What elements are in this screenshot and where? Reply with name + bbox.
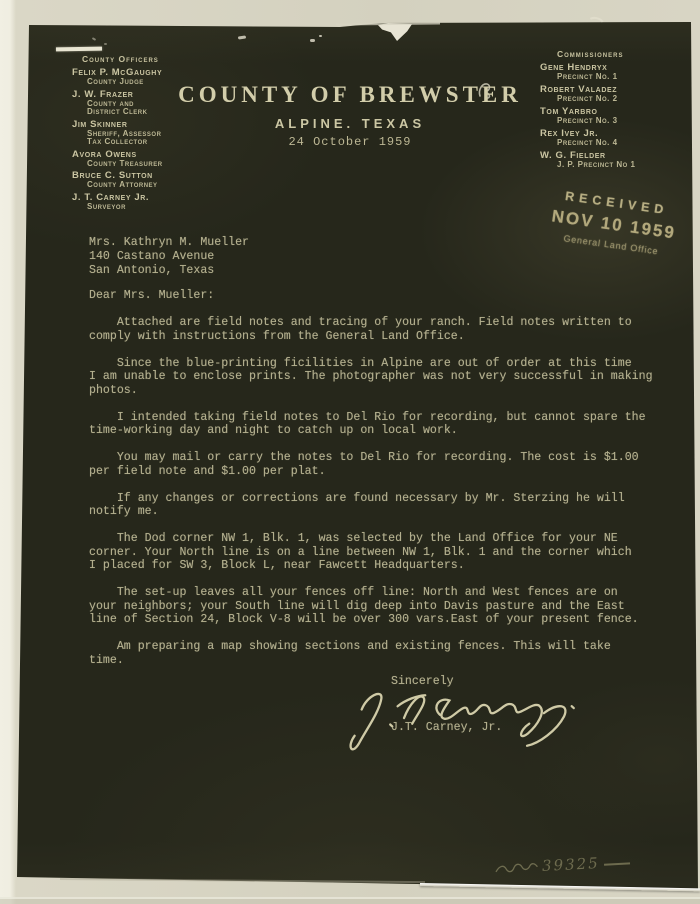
letter-date: 24 October 1959 bbox=[165, 135, 535, 149]
pencil-scribble bbox=[494, 859, 539, 875]
scanned-letter-photostat: County Officers Felix P. McGaughy County… bbox=[0, 0, 700, 904]
county-title: COUNTY OF BREWSTER bbox=[165, 82, 535, 108]
officer-title: County Treasurer bbox=[87, 160, 216, 169]
officer-entry: Avora Owens County Treasurer bbox=[72, 150, 216, 169]
scratch-speck bbox=[310, 39, 315, 42]
officer-entry: Bruce C. Sutton County Attorney bbox=[72, 171, 216, 190]
letter-body: Dear Mrs. Mueller: Attached are field no… bbox=[89, 289, 653, 667]
officers-heading: County Officers bbox=[82, 54, 216, 64]
commissioner-entry: Gene Hendryx Precinct No. 1 bbox=[540, 63, 695, 82]
commissioner-title: Precinct No. 2 bbox=[557, 95, 695, 104]
letterhead-center: COUNTY OF BREWSTER ALPINE. TEXAS 24 Octo… bbox=[165, 82, 535, 149]
commissioner-title: Precinct No. 4 bbox=[557, 139, 695, 148]
commissioner-entry: Rex Ivey Jr. Precinct No. 4 bbox=[540, 129, 695, 148]
officer-title: Surveyor bbox=[87, 203, 216, 212]
mat-edge-shade bbox=[0, 899, 700, 904]
scratch-dash-mark bbox=[56, 47, 102, 52]
officer-title: County Attorney bbox=[87, 181, 216, 190]
commissioner-title: Precinct No. 1 bbox=[557, 73, 695, 82]
scratch-speck bbox=[319, 35, 322, 37]
file-number-text: 39325 bbox=[542, 854, 601, 875]
commissioner-entry: Tom Yarbro Precinct No. 3 bbox=[540, 107, 695, 126]
officer-entry: J. T. Carney Jr. Surveyor bbox=[72, 193, 216, 212]
commissioner-entry: Robert Valadez Precinct No. 2 bbox=[540, 85, 695, 104]
recipient-address: Mrs. Kathryn M. Mueller 140 Castano Aven… bbox=[89, 236, 249, 278]
handwritten-signature bbox=[345, 676, 579, 758]
city-line: ALPINE. TEXAS bbox=[165, 116, 535, 131]
pencil-tail-stroke bbox=[604, 863, 630, 866]
commissioners-list: Commissioners Gene Hendryx Precinct No. … bbox=[540, 49, 695, 173]
commissioner-title: J. P. Precinct No 1 bbox=[557, 161, 695, 170]
commissioners-heading: Commissioners bbox=[557, 49, 695, 59]
commissioner-title: Precinct No. 3 bbox=[557, 117, 695, 126]
officer-name: J. T. Carney Jr. bbox=[72, 193, 216, 203]
officer-name: Avora Owens bbox=[72, 150, 216, 160]
commissioner-entry: W. G. Fielder J. P. Precinct No 1 bbox=[540, 151, 695, 170]
scratch-speck bbox=[104, 43, 107, 45]
